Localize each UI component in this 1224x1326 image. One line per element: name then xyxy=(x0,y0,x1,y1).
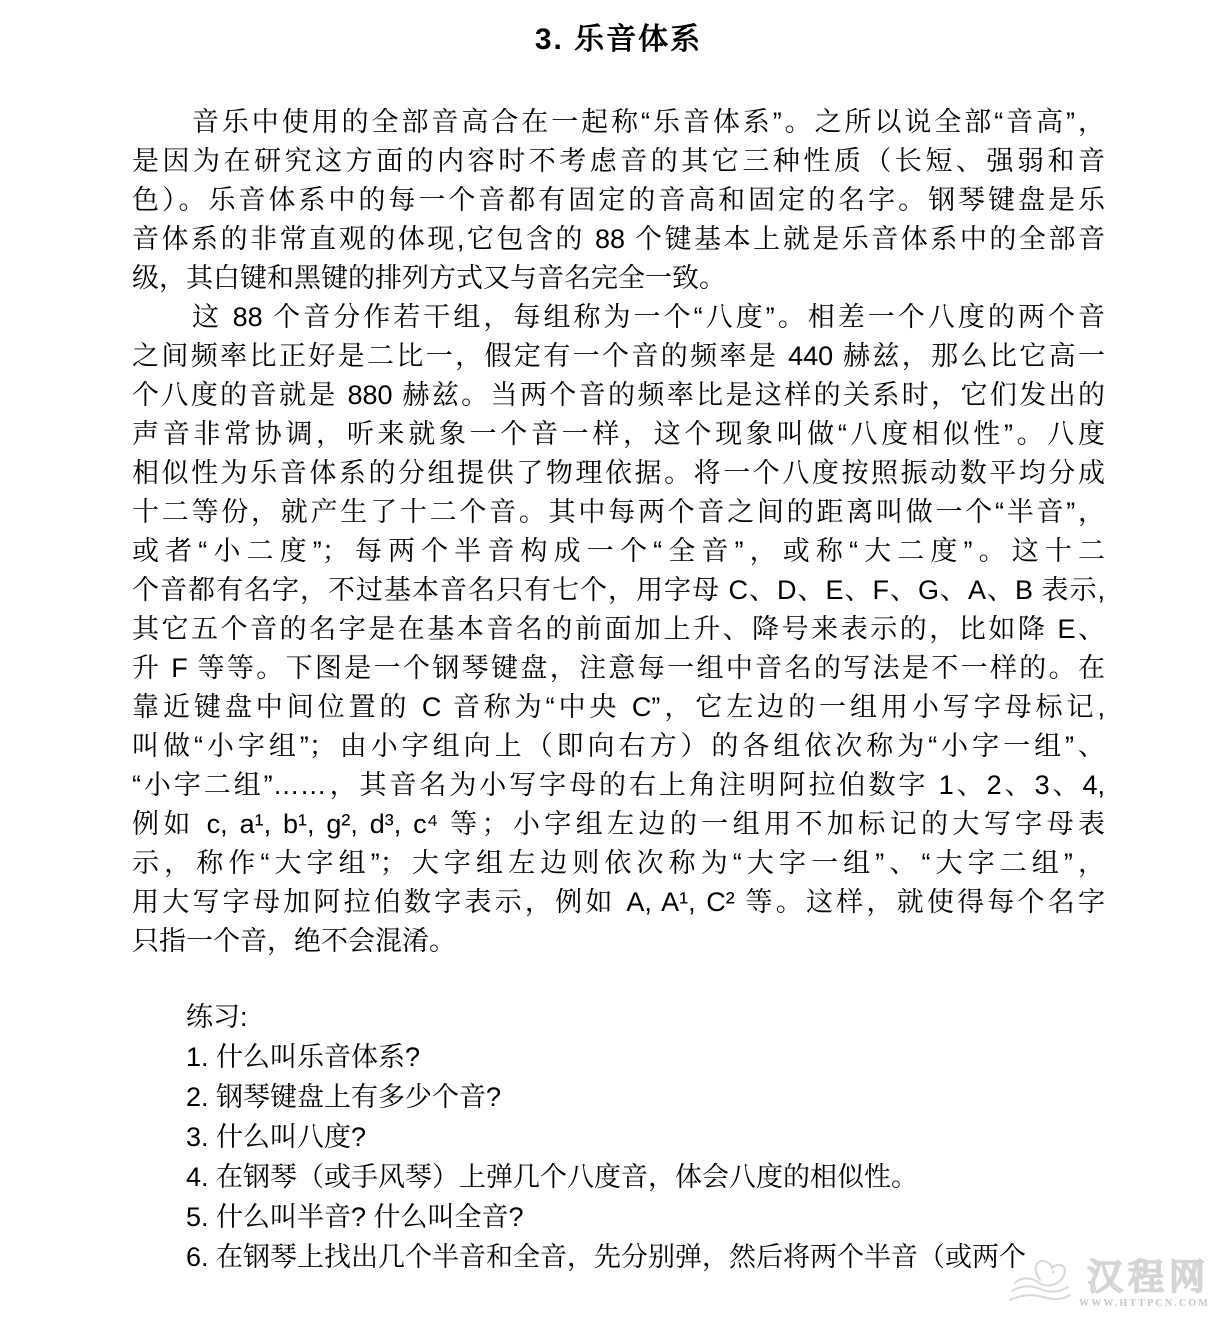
exercise-item: 4. 在钢琴（或手风琴）上弹几个八度音，体会八度的相似性。 xyxy=(186,1157,1116,1197)
text-line: 叫做“小字组”；由小字组向上（即向右方）的各组依次称为“小字一组”、 xyxy=(132,727,1105,766)
swallow-logo-icon xyxy=(1007,1253,1073,1314)
text-line: 音乐中使用的全部音高合在一起称“乐音体系”。之所以说全部“音高”， xyxy=(132,103,1105,142)
exercise-item: 1. 什么叫乐音体系? xyxy=(186,1037,1116,1077)
text-line: 音体系的非常直观的体现,它包含的 88 个键基本上就是乐音体系中的全部音 xyxy=(132,220,1105,259)
page-title: 3. 乐音体系 xyxy=(132,20,1105,60)
watermark: 汉程网 WWW.HTTPCN.COM xyxy=(1007,1253,1210,1314)
text-line: 是因为在研究这方面的内容时不考虑音的其它三种性质（长短、强弱和音 xyxy=(132,142,1105,181)
text-line: 色）。乐音体系中的每一个音都有固定的音高和固定的名字。钢琴键盘是乐 xyxy=(132,181,1105,220)
text-line: 个音都有名字，不过基本音名只有七个，用字母 C、D、E、F、G、A、B 表示, xyxy=(132,571,1105,610)
exercise-item: 3. 什么叫八度? xyxy=(186,1117,1116,1157)
text-line: 例如 c, a¹, b¹, g², d³, c⁴ 等；小字组左边的一组用不加标记… xyxy=(132,805,1105,844)
text-line: 或者“小二度”；每两个半音构成一个“全音”，或称“大二度”。这十二 xyxy=(132,532,1105,571)
text-line: 之间频率比正好是二比一，假定有一个音的频率是 440 赫兹，那么比它高一 xyxy=(132,337,1105,376)
watermark-text: 汉程网 WWW.HTTPCN.COM xyxy=(1079,1258,1210,1310)
text-line: 其它五个音的名字是在基本音名的前面加上升、降号来表示的，比如降 E、 xyxy=(132,610,1105,649)
exercises-label: 练习: xyxy=(186,997,1116,1037)
text-line: “小字二组”……，其音名为小写字母的右上角注明阿拉伯数字 1、2、3、4, xyxy=(132,766,1105,805)
text-line: 只指一个音，绝不会混淆。 xyxy=(132,922,1105,961)
body-text: 音乐中使用的全部音高合在一起称“乐音体系”。之所以说全部“音高”， 是因为在研究… xyxy=(132,103,1105,961)
exercise-item: 5. 什么叫半音? 什么叫全音? xyxy=(186,1197,1116,1237)
text-line: 相似性为乐音体系的分组提供了物理依据。将一个八度按照振动数平均分成 xyxy=(132,454,1105,493)
text-line: 级，其白键和黑键的排列方式又与音名完全一致。 xyxy=(132,259,1105,298)
text-line: 示，称作“大字组”；大字组左边则依次称为“大字一组”、“大字二组”， xyxy=(132,844,1105,883)
exercise-item: 6. 在钢琴上找出几个半音和全音，先分别弹，然后将两个半音（或两个 xyxy=(186,1237,1116,1277)
text-line: 靠近键盘中间位置的 C 音称为“中央 C”，它左边的一组用小写字母标记, xyxy=(132,688,1105,727)
watermark-brand: 汉程网 xyxy=(1087,1258,1210,1296)
text-line: 升 F 等等。下图是一个钢琴键盘，注意每一组中音名的写法是不一样的。在 xyxy=(132,649,1105,688)
watermark-url: WWW.HTTPCN.COM xyxy=(1079,1298,1210,1309)
text-line: 这 88 个音分作若干组，每组称为一个“八度”。相差一个八度的两个音 xyxy=(132,298,1105,337)
text-line: 用大写字母加阿拉伯数字表示，例如 A, A¹, C² 等。这样，就使得每个名字 xyxy=(132,883,1105,922)
document-page: 3. 乐音体系 音乐中使用的全部音高合在一起称“乐音体系”。之所以说全部“音高”… xyxy=(0,0,1224,1326)
exercise-item: 2. 钢琴键盘上有多少个音? xyxy=(186,1077,1116,1117)
exercises-section: 练习: 1. 什么叫乐音体系? 2. 钢琴键盘上有多少个音? 3. 什么叫八度?… xyxy=(186,997,1116,1277)
text-line: 十二等份，就产生了十二个音。其中每两个音之间的距离叫做一个“半音”， xyxy=(132,493,1105,532)
text-line: 个八度的音就是 880 赫兹。当两个音的频率比是这样的关系时，它们发出的 xyxy=(132,376,1105,415)
text-line: 声音非常协调，听来就象一个音一样，这个现象叫做“八度相似性”。八度 xyxy=(132,415,1105,454)
